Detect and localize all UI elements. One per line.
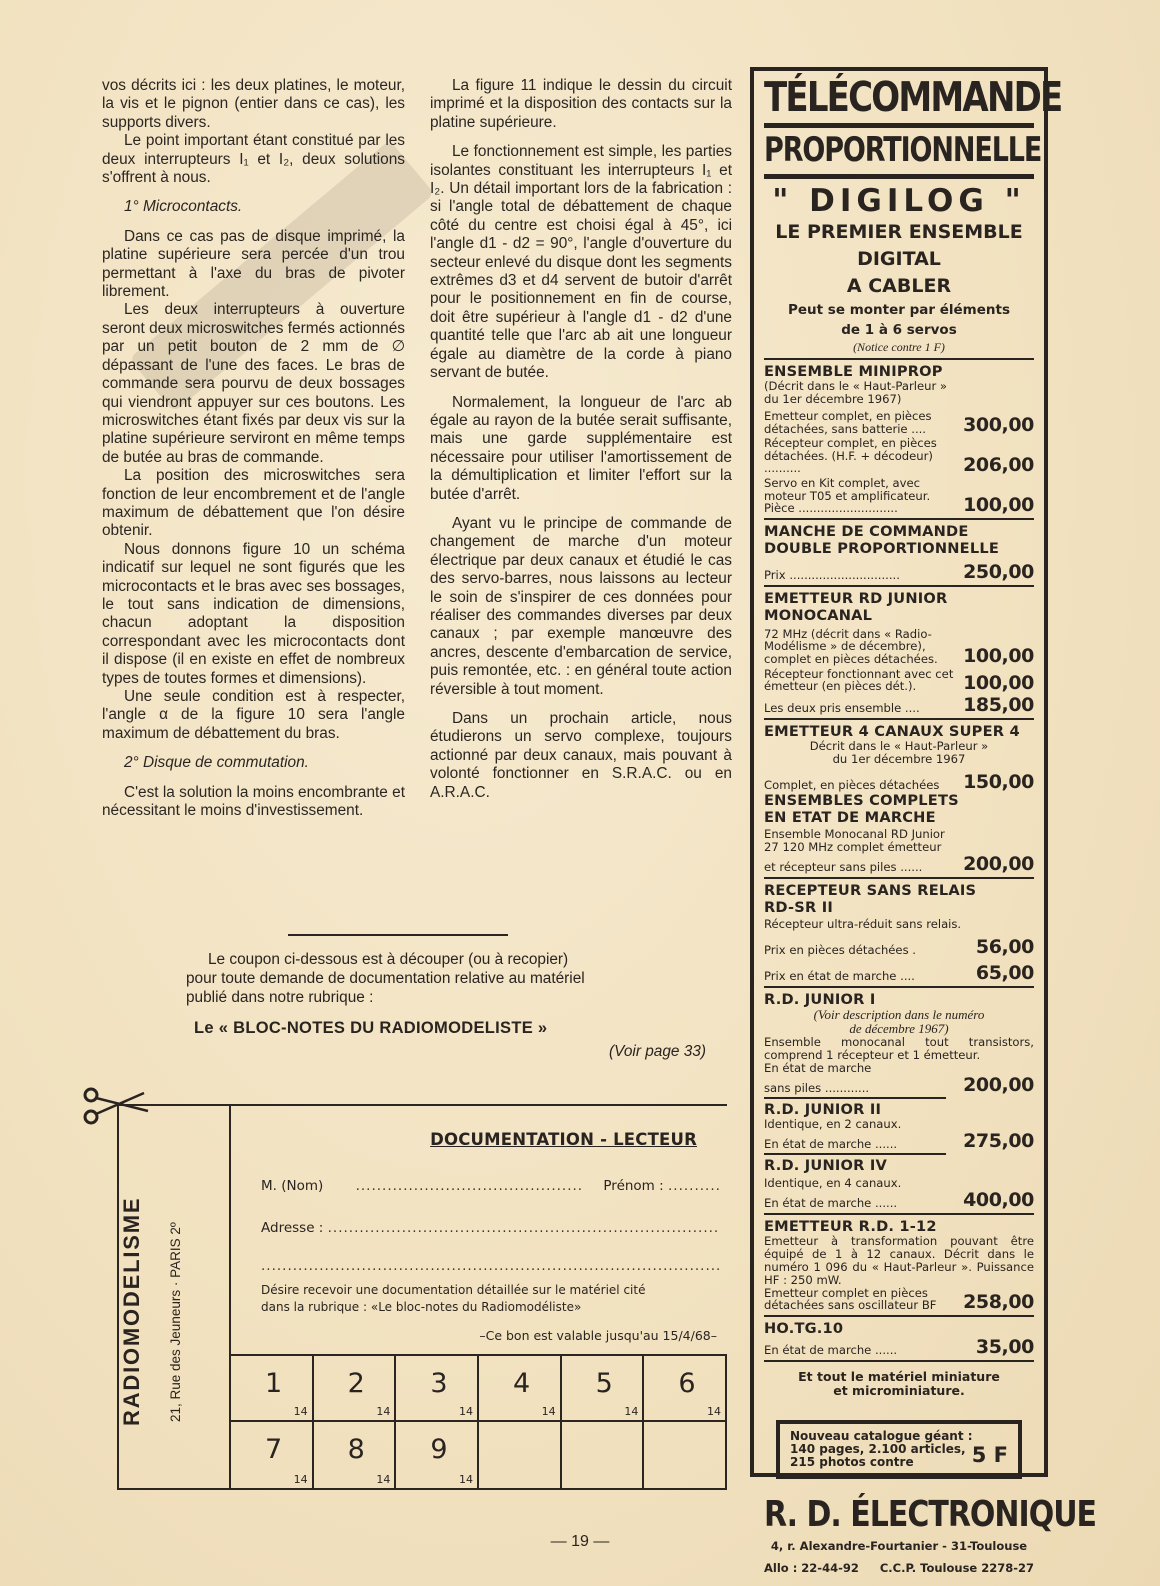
ad-tail-text: Et tout le matériel miniature et micromi… xyxy=(764,1370,1034,1398)
price-desc: Servo en Kit complet, avec moteur T05 et… xyxy=(764,477,959,515)
request-text: Désire recevoir une documentation détail… xyxy=(261,1282,717,1316)
article-column-1: vos décrits ici : les deux platines, le … xyxy=(102,77,405,820)
price-value: 56,00 xyxy=(972,937,1034,957)
servo-note-1: Peut se monter par éléments xyxy=(764,300,1034,320)
paragraph: Nous donnons figure 10 un schéma indicat… xyxy=(102,541,405,688)
address-field-2[interactable]: ........................................… xyxy=(261,1258,719,1274)
coupon-form: DOCUMENTATION - LECTEUR M. (Nom) .......… xyxy=(233,1106,727,1356)
ad-rule xyxy=(764,358,1034,360)
ad-headline: TÉLÉCOMMANDE xyxy=(764,73,1034,123)
ad-tail-line-1: Et tout le matériel miniature xyxy=(764,1370,1034,1384)
junior1-title: R.D. JUNIOR I xyxy=(764,991,1034,1008)
paragraph: Les deux interrupteurs à ouverture seron… xyxy=(102,301,405,467)
address-row: Adresse : ..............................… xyxy=(261,1220,719,1236)
manche-title-2: DOUBLE PROPORTIONNELLE xyxy=(764,540,1034,557)
price-value: 250,00 xyxy=(959,562,1034,582)
paragraph: Le fonctionnement est simple, les partie… xyxy=(430,143,732,382)
price-line: Servo en Kit complet, avec moteur T05 et… xyxy=(764,477,1034,515)
price-value: 200,00 xyxy=(959,1075,1034,1095)
ad-rule xyxy=(764,986,1034,988)
ad-rule xyxy=(764,585,1034,587)
price-line: Emetteur complet, en pièces détachées, s… xyxy=(764,410,1034,435)
request-text-line-2: dans la rubrique : «Le bloc-notes du Rad… xyxy=(261,1299,717,1316)
section-divider xyxy=(288,934,508,936)
price-value: 275,00 xyxy=(959,1131,1034,1151)
price-value: 400,00 xyxy=(959,1190,1034,1210)
coupon-publisher-strip: RADIOMODELISME 21, Rue des Jeuneurs · PA… xyxy=(119,1106,231,1488)
ad-rule xyxy=(764,1097,946,1099)
junior1-note-1: (Voir description dans le numéro xyxy=(764,1008,1034,1022)
ad-rule xyxy=(764,718,1034,720)
junior1-desc-2: En état de marche xyxy=(764,1062,1034,1075)
junior4-desc-1: Identique, en 4 canaux. xyxy=(764,1177,1034,1190)
ad-rule xyxy=(764,1360,1034,1362)
rd112-desc: Emetteur à transformation pouvant être é… xyxy=(764,1235,1034,1287)
price-value: 185,00 xyxy=(959,695,1034,715)
miniprop-title: ENSEMBLE MINIPROP xyxy=(764,363,1034,380)
price-line: sans piles ............ 200,00 xyxy=(764,1075,1034,1095)
price-line: Récepteur fonctionnant avec cet émetteur… xyxy=(764,668,1034,693)
section-heading: 1° Microcontacts. xyxy=(102,198,405,216)
price-line: En état de marche ...... 275,00 xyxy=(764,1131,1034,1151)
issue-number: 1 xyxy=(265,1368,282,1399)
ad-rule xyxy=(764,518,1034,520)
coupon-intro-line-3: publié dans notre rubrique : xyxy=(186,989,706,1008)
junior4-title: R.D. JUNIOR IV xyxy=(764,1157,1034,1174)
issue-checkbox-cell[interactable]: 614 xyxy=(644,1356,727,1422)
price-line: Récepteur complet, en pièces détachées. … xyxy=(764,437,1034,475)
junior2-title: R.D. JUNIOR II xyxy=(764,1101,1034,1118)
rd-electronique-advertisement: TÉLÉCOMMANDE PROPORTIONNELLE " DIGILOG "… xyxy=(750,67,1048,1477)
price-desc: Récepteur fonctionnant avec cet émetteur… xyxy=(764,668,959,693)
price-value: 100,00 xyxy=(959,673,1034,693)
super4-title: EMETTEUR 4 CANAUX SUPER 4 xyxy=(764,723,1034,740)
issue-subscript: 14 xyxy=(707,1405,721,1418)
issue-number: 9 xyxy=(430,1434,447,1465)
price-desc: 72 MHz (décrit dans « Radio-Modélisme » … xyxy=(764,628,959,666)
documentation-coupon: RADIOMODELISME 21, Rue des Jeuneurs · PA… xyxy=(117,1104,727,1490)
catalog-price: 5 F xyxy=(972,1449,1008,1462)
coupon-title: DOCUMENTATION - LECTEUR xyxy=(430,1130,697,1149)
paragraph: Normalement, la longueur de l'arc ab éga… xyxy=(430,394,732,504)
price-value: 65,00 xyxy=(972,963,1034,983)
issue-checkbox-cell[interactable]: 514 xyxy=(562,1356,645,1422)
price-value: 100,00 xyxy=(959,646,1034,666)
brand-contact: Allo : 22-44-92 C.C.P. Toulouse 2278-27 xyxy=(764,1559,1034,1577)
issue-number-grid: 114214314414514614714814914 xyxy=(231,1354,727,1488)
coupon-intro-line-1: Le coupon ci-dessous est à découper (ou … xyxy=(186,951,706,970)
price-value: 35,00 xyxy=(972,1337,1034,1357)
article-column-2: La figure 11 indique le dessin du circui… xyxy=(430,77,732,802)
brand-ccp: C.C.P. Toulouse 2278-27 xyxy=(880,1559,1034,1577)
paragraph: Dans un prochain article, nous étudieron… xyxy=(430,710,732,802)
miniprop-note-2: du 1er décembre 1967) xyxy=(764,393,1034,406)
paragraph: Une seule condition est à respecter, l'a… xyxy=(102,688,405,743)
price-value: 200,00 xyxy=(959,854,1034,874)
catalog-title: Nouveau catalogue géant : xyxy=(790,1430,1008,1443)
issue-subscript: 14 xyxy=(376,1405,390,1418)
super4-note-1: Décrit dans le « Haut-Parleur » xyxy=(764,740,1034,753)
price-desc: Emetteur complet en pièces détachées san… xyxy=(764,1287,959,1312)
ad-rule xyxy=(764,174,1034,179)
issue-subscript: 14 xyxy=(459,1405,473,1418)
servo-note-2: de 1 à 6 servos xyxy=(764,320,1034,340)
price-line: Les deux pris ensemble ....185,00 xyxy=(764,695,1034,715)
issue-checkbox-cell[interactable] xyxy=(562,1422,645,1488)
issue-subscript: 14 xyxy=(459,1473,473,1486)
rdsr-note: Récepteur ultra-réduit sans relais. xyxy=(764,918,1034,931)
price-value: 300,00 xyxy=(959,415,1034,435)
rdsr-title-1: RECEPTEUR SANS RELAIS xyxy=(764,882,1034,899)
price-value: 206,00 xyxy=(959,455,1034,475)
ad-rule xyxy=(764,1213,1034,1215)
address-field[interactable]: ........................................… xyxy=(328,1220,719,1236)
price-desc: Récepteur complet, en pièces détachées. … xyxy=(764,437,959,475)
manche-title-1: MANCHE DE COMMANDE xyxy=(764,523,1034,540)
price-line: Emetteur complet en pièces détachées san… xyxy=(764,1287,1034,1312)
page-number: — 19 — xyxy=(0,1533,1160,1551)
paragraph: La position des microswitches sera fonct… xyxy=(102,467,405,541)
issue-checkbox-cell[interactable]: 414 xyxy=(479,1356,562,1422)
complets-title-2: EN ETAT DE MARCHE xyxy=(764,809,1034,826)
tagline-3: A CABLER xyxy=(764,273,1034,300)
rdsr-title-2: RD-SR II xyxy=(764,899,1034,916)
paragraph: La figure 11 indique le dessin du circui… xyxy=(430,77,732,132)
rd-junior-mono-title-2: MONOCANAL xyxy=(764,607,1034,624)
complets-title-1: ENSEMBLES COMPLETS xyxy=(764,792,1034,809)
super4-note-2: du 1er décembre 1967 xyxy=(764,753,1034,766)
issue-checkbox-cell[interactable] xyxy=(644,1422,727,1488)
issue-number: 8 xyxy=(348,1434,365,1465)
coupon-intro: Le coupon ci-dessous est à découper (ou … xyxy=(186,951,706,1062)
issue-number: 6 xyxy=(678,1368,695,1399)
brand-name: R. D. ÉLECTRONIQUE xyxy=(764,1493,1034,1536)
issue-subscript: 14 xyxy=(294,1405,308,1418)
price-line: 72 MHz (décrit dans « Radio-Modélisme » … xyxy=(764,628,1034,666)
rd112-title: EMETTEUR R.D. 1-12 xyxy=(764,1218,1034,1235)
ad-tail-line-2: et microminiature. xyxy=(764,1384,1034,1398)
ad-rule xyxy=(764,1315,1034,1317)
ad-rule xyxy=(764,1153,946,1155)
issue-checkbox-cell[interactable]: 914 xyxy=(396,1422,479,1488)
issue-checkbox-cell[interactable]: 114 xyxy=(231,1356,314,1422)
price-line: Complet, en pièces détachées 150,00 xyxy=(764,772,1034,792)
price-desc: Emetteur complet, en pièces détachées, s… xyxy=(764,410,959,435)
request-text-line-1: Désire recevoir une documentation détail… xyxy=(261,1282,717,1299)
notice-price: (Notice contre 1 F) xyxy=(764,340,1034,355)
price-line: Prix en pièces détachées .56,00 xyxy=(764,937,1034,957)
coupon-intro-line-2: pour toute demande de documentation rela… xyxy=(186,970,706,989)
price-desc: En état de marche ...... xyxy=(764,1138,959,1151)
price-desc: En état de marche ...... xyxy=(764,1344,972,1357)
issue-number: 2 xyxy=(348,1368,365,1399)
junior1-desc: Ensemble monocanal tout transistors, com… xyxy=(764,1036,1034,1062)
price-desc: Les deux pris ensemble .... xyxy=(764,702,959,715)
paragraph: Ayant vu le principe de commande de chan… xyxy=(430,515,732,699)
paragraph: Le point important étant constitué par l… xyxy=(102,132,405,187)
price-value: 258,00 xyxy=(959,1292,1034,1312)
paragraph: C'est la solution la moins encombrante e… xyxy=(102,784,405,821)
see-page-reference: (Voir page 33) xyxy=(186,1043,706,1062)
issue-subscript: 14 xyxy=(376,1473,390,1486)
issue-number: 3 xyxy=(430,1368,447,1399)
bloc-notes-title: Le « BLOC-NOTES DU RADIOMODELISTE » xyxy=(186,1019,706,1038)
section-heading: 2° Disque de commutation. xyxy=(102,754,405,772)
tagline-1: LE PREMIER ENSEMBLE xyxy=(764,219,1034,246)
issue-checkbox-cell[interactable] xyxy=(479,1422,562,1488)
price-desc: En état de marche ...... xyxy=(764,1197,959,1210)
complets-desc-1: Ensemble Monocanal RD Junior xyxy=(764,828,1034,841)
price-desc: Prix en pièces détachées . xyxy=(764,944,972,957)
price-line: En état de marche ...... 400,00 xyxy=(764,1190,1034,1210)
issue-checkbox-cell[interactable]: 214 xyxy=(314,1356,397,1422)
price-desc: Prix .............................. xyxy=(764,569,959,582)
hotg-title: HO.TG.10 xyxy=(764,1320,1034,1337)
product-name: " DIGILOG " xyxy=(764,183,1034,219)
catalog-offer-box: Nouveau catalogue géant : 140 pages, 2.1… xyxy=(776,1420,1022,1479)
junior1-note-2: de décembre 1967) xyxy=(764,1022,1034,1036)
price-desc: sans piles ............ xyxy=(764,1082,959,1095)
price-desc: et récepteur sans piles ...... xyxy=(764,861,959,874)
complets-desc-2: 27 120 MHz complet émetteur xyxy=(764,841,1034,854)
issue-subscript: 14 xyxy=(542,1405,556,1418)
issue-subscript: 14 xyxy=(624,1405,638,1418)
paragraph: Dans ce cas pas de disque imprimé, la pl… xyxy=(102,228,405,302)
issue-checkbox-cell[interactable]: 814 xyxy=(314,1422,397,1488)
ad-subheadline: PROPORTIONNELLE xyxy=(764,127,1034,175)
price-value: 100,00 xyxy=(959,495,1034,515)
price-desc: Prix en état de marche .... xyxy=(764,970,972,983)
issue-checkbox-cell[interactable]: 714 xyxy=(231,1422,314,1488)
price-line: Prix .............................. 250,… xyxy=(764,562,1034,582)
brand-phone: Allo : 22-44-92 xyxy=(764,1559,859,1577)
address-row-2: ........................................… xyxy=(261,1258,719,1274)
issue-number: 7 xyxy=(265,1434,282,1465)
name-row: M. (Nom) ...............................… xyxy=(261,1178,719,1194)
price-line: En état de marche ...... 35,00 xyxy=(764,1337,1034,1357)
price-value: 150,00 xyxy=(959,772,1034,792)
price-desc: Complet, en pièces détachées xyxy=(764,779,959,792)
tagline-2: DIGITAL xyxy=(764,246,1034,273)
issue-checkbox-cell[interactable]: 314 xyxy=(396,1356,479,1422)
name-field[interactable]: ........................................… xyxy=(356,1178,584,1194)
firstname-field[interactable]: ...................... xyxy=(668,1178,719,1194)
ad-rule xyxy=(764,877,1034,879)
issue-number: 4 xyxy=(513,1368,530,1399)
junior2-desc-1: Identique, en 2 canaux. xyxy=(764,1118,1034,1131)
issue-subscript: 14 xyxy=(294,1473,308,1486)
rd-junior-mono-title-1: EMETTEUR RD JUNIOR xyxy=(764,590,1034,607)
address-label: Adresse : xyxy=(261,1220,323,1236)
price-line: et récepteur sans piles ...... 200,00 xyxy=(764,854,1034,874)
validity-note: –Ce bon est valable jusqu'au 15/4/68– xyxy=(479,1328,717,1343)
issue-number: 5 xyxy=(596,1368,613,1399)
paragraph: vos décrits ici : les deux platines, le … xyxy=(102,77,405,132)
price-line: Prix en état de marche ....65,00 xyxy=(764,963,1034,983)
catalog-desc: 140 pages, 2.100 articles, 215 photos co… xyxy=(790,1443,972,1469)
firstname-label: Prénom : xyxy=(603,1178,663,1194)
name-label: M. (Nom) xyxy=(261,1178,323,1194)
